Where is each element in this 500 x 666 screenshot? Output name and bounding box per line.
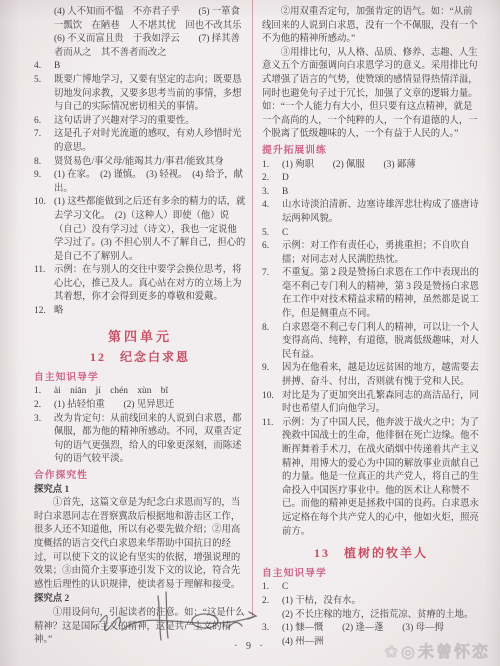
- item-text: 对比是为了更加突出孔繁森同志的高洁品行，同时也希望人们向他学习。: [282, 390, 480, 417]
- watermark: ✿◎未曾怀恋: [385, 646, 490, 660]
- item-text: (2) 不长庄稼的地方，泛指荒凉、贫瘠的土地。: [282, 609, 480, 623]
- item-number: 7.: [34, 128, 54, 155]
- answer-item: 12.略: [34, 305, 246, 319]
- item-number: 9.: [262, 362, 282, 389]
- answer-item: 4.B: [34, 60, 246, 74]
- item-text: D: [282, 172, 480, 186]
- item-text: 因为在他看来，越是边远贫困的地方，越需要去拼搏、奋斗、付出，否则就有愧于党和人民…: [282, 362, 480, 389]
- item-text: 示例：对工作有责任心，勇挑重担；不自吹自擂；对同志对人民满腔热忱。: [282, 240, 480, 267]
- inquiry-answer: ③用排比句，从人格、品质、修养、志趣、人生意义五个方面强调向白求恩学习的意义。采…: [262, 47, 480, 142]
- answer-item: 8.白求恩毫不利己专门利人的精神，可以让一个人变得高尚、纯粹，有道德，脱离低级趣…: [262, 322, 480, 363]
- item-number: 10.: [262, 390, 282, 417]
- answer-item: 5.既要广博地学习，又要有坚定的志向；既要恳切地发问求教，又要多思考当前的事情，…: [34, 74, 246, 115]
- answer-item: 8.贤贤易色/事父母/能竭其力/事君/能致其身: [34, 156, 246, 170]
- answer-item: 10.(1) 这些都能做到之后还有多余的精力的话，就去学习文化。 (2)（这种人…: [34, 196, 246, 264]
- answer-item: 3.(1) 慷—慨 (2) 逢—蓬 (3) 母—拇: [262, 622, 480, 636]
- item-number: 8.: [34, 156, 54, 170]
- item-number: 2.: [34, 399, 54, 413]
- answer-item: 6.示例：对工作有责任心，勇挑重担；不自吹自擂；对同志对人民满腔热忱。: [262, 240, 480, 267]
- inquiry-point-label: 探究点 2: [34, 593, 246, 607]
- answer-item: 7.不重复。第 2 段是赞扬白求恩在工作中表现出的毫不利己专门利人的精神，第 3…: [262, 267, 480, 321]
- item-number: 3.: [262, 186, 282, 200]
- item-text: 既要广博地学习，又要有坚定的志向；既要恳切地发问求教，又要多思考当前的事情，多想…: [54, 74, 246, 115]
- answer-sub-item: (2) 不长庄稼的地方，泛指荒凉、贫瘠的土地。: [262, 609, 480, 623]
- item-text: (1) 干枯，没有水。: [282, 595, 480, 609]
- inquiry-answer: ①首先，这篇文章是为纪念白求恩而写的，当时白求恩同志在晋察冀敌后根据地和游击区工…: [34, 497, 246, 592]
- answer-continuation: (4) 人不知而不愠 不亦君子乎 (5) 一箪食一瓢饮 在陋巷 人不堪其忧 回也…: [34, 6, 246, 60]
- item-number: 9.: [34, 169, 54, 196]
- item-number: 6.: [262, 240, 282, 267]
- answer-item: 1.ài niān jí chén xùn bǐ: [34, 385, 246, 399]
- answer-item: 2.D: [262, 172, 480, 186]
- item-number: 1.: [262, 159, 282, 173]
- column-divider: [252, 0, 253, 618]
- answer-item: 11.示例：在与别人的交往中要学会换位思考，将心比心，推己及人。真心站在对方的立…: [34, 264, 246, 305]
- item-text: (1) 在家。 (2) 谨慎。 (3) 轻视。 (4) 给予，献出。: [54, 169, 246, 196]
- inquiry-point-label: 探究点 1: [34, 484, 246, 498]
- item-number: 1.: [262, 581, 282, 595]
- item-number: 7.: [262, 267, 282, 321]
- item-text: ài niān jí chén xùn bǐ: [54, 385, 246, 399]
- answer-item: 3.改为肯定句：从前线回来的人说到白求恩，都佩服，都为他的精神所感动。不同，双重…: [34, 413, 246, 467]
- item-number: 4.: [34, 60, 54, 74]
- item-number: 8.: [262, 322, 282, 363]
- answer-item: 2.(1) 干枯，没有水。: [262, 595, 480, 609]
- answer-item: 10.对比是为了更加突出孔繁森同志的高洁品行，同时也希望人们向他学习。: [262, 390, 480, 417]
- section-heading: 自主知识导学: [262, 567, 480, 581]
- item-number: 5.: [262, 227, 282, 241]
- answer-item: 9.因为在他看来，越是边远贫困的地方，越需要去拼搏、奋斗、付出，否则就有愧于党和…: [262, 362, 480, 389]
- item-number: 11.: [262, 417, 282, 539]
- workbook-page: (4) 人不知而不愠 不亦君子乎 (5) 一箪食一瓢饮 在陋巷 人不堪其忧 回也…: [0, 0, 500, 666]
- item-number: 6.: [34, 115, 54, 129]
- item-text: 白求恩毫不利己专门利人的精神，可以让一个人变得高尚、纯粹，有道德，脱离低级趣味，…: [282, 322, 480, 363]
- left-column: (4) 人不知而不愠 不亦君子乎 (5) 一箪食一瓢饮 在陋巷 人不堪其忧 回也…: [34, 6, 246, 648]
- item-text: 改为肯定句：从前线回来的人说到白求恩，都佩服，都为他的精神所感动。不同，双重否定…: [54, 413, 246, 467]
- item-text: (1) 慷—慨 (2) 逢—蓬 (3) 母—拇: [282, 622, 480, 636]
- item-text: (1) 殉职 (2) 佩服 (3) 鄙薄: [282, 159, 480, 173]
- item-text: B: [282, 186, 480, 200]
- item-text: B: [54, 60, 246, 74]
- answer-item: 1.(1) 殉职 (2) 佩服 (3) 鄙薄: [262, 159, 480, 173]
- item-number: 5.: [34, 74, 54, 115]
- section-heading: 合作探究性: [34, 469, 246, 483]
- answer-item: 1.C: [262, 581, 480, 595]
- answer-item: 11.示例：为了中国人民，他奔波于战火之中；为了挽救中国战士的生命，他徘徊在死亡…: [262, 417, 480, 539]
- section-heading: 自主知识导学: [34, 371, 246, 385]
- item-text: 这句话讲了兴趣对学习的重要性。: [54, 115, 246, 129]
- answer-item: 9.(1) 在家。 (2) 谨慎。 (3) 轻视。 (4) 给予，献出。: [34, 169, 246, 196]
- item-number: 10.: [34, 196, 54, 264]
- item-text: 贤贤易色/事父母/能竭其力/事君/能致其身: [54, 156, 246, 170]
- answer-item: 2.(1) 拈轻怕重 (2) 见异思迁: [34, 399, 246, 413]
- item-text: 不重复。第 2 段是赞扬白求恩在工作中表现出的毫不利己专门利人的精神，第 3 段…: [282, 267, 480, 321]
- item-text: (1) 拈轻怕重 (2) 见异思迁: [54, 399, 246, 413]
- item-text: (1) 这些都能做到之后还有多余的精力的话，就去学习文化。 (2)（这种人）即使…: [54, 196, 246, 264]
- answer-item: 4.山水诗淡泊清新、边塞诗雄浑悲壮构成了盛唐诗坛两种风貌。: [262, 199, 480, 226]
- item-text: C: [282, 227, 480, 241]
- item-text: 略: [54, 305, 246, 319]
- right-column: ②用双重否定句，加强肯定的语气。如：“从前线回来的人说到白求恩，没有一个不佩服，…: [262, 6, 480, 649]
- inquiry-answer: ②用双重否定句，加强肯定的语气。如：“从前线回来的人说到白求恩，没有一个不佩服，…: [262, 6, 480, 47]
- item-text: 示例：在与别人的交往中要学会换位思考，将心比心，推己及人。真心站在对方的立场上为…: [54, 264, 246, 305]
- at-circle-icon: ◎: [401, 644, 417, 661]
- item-number: 2.: [262, 172, 282, 186]
- unit-title: 第四单元: [34, 330, 246, 344]
- item-number: 11.: [34, 264, 54, 305]
- answer-item: 6.这句话讲了兴趣对学习的重要性。: [34, 115, 246, 129]
- item-number: 12.: [34, 305, 54, 319]
- answer-item: 5.C: [262, 227, 480, 241]
- item-text: 山水诗淡泊清新、边塞诗雄浑悲壮构成了盛唐诗坛两种风貌。: [282, 199, 480, 226]
- lesson-title: 12 纪念白求恩: [34, 351, 246, 365]
- lesson-title: 13 植树的牧羊人: [262, 547, 480, 561]
- answer-item: 7.这是孔子对时光流逝的感叹，有劝人珍惜时光的意思。: [34, 128, 246, 155]
- item-number: 2.: [262, 595, 282, 609]
- flower-icon: ✿: [385, 644, 400, 661]
- item-number: 3.: [34, 413, 54, 467]
- item-number: 1.: [34, 385, 54, 399]
- item-number: 4.: [262, 199, 282, 226]
- item-number: [262, 609, 282, 623]
- item-text: C: [282, 581, 480, 595]
- watermark-text: 未曾怀恋: [418, 644, 490, 661]
- item-text: 示例：为了中国人民，他奔波于战火之中；为了挽救中国战士的生命，他徘徊在死亡边缘。…: [282, 417, 480, 539]
- item-number: [34, 6, 54, 60]
- answer-item: 3.B: [262, 186, 480, 200]
- item-number: 3.: [262, 622, 282, 636]
- item-text: (4) 人不知而不愠 不亦君子乎 (5) 一箪食一瓢饮 在陋巷 人不堪其忧 回也…: [54, 6, 246, 60]
- section-heading: 提升拓展训练: [262, 144, 480, 158]
- item-text: 这是孔子对时光流逝的感叹，有劝人珍惜时光的意思。: [54, 128, 246, 155]
